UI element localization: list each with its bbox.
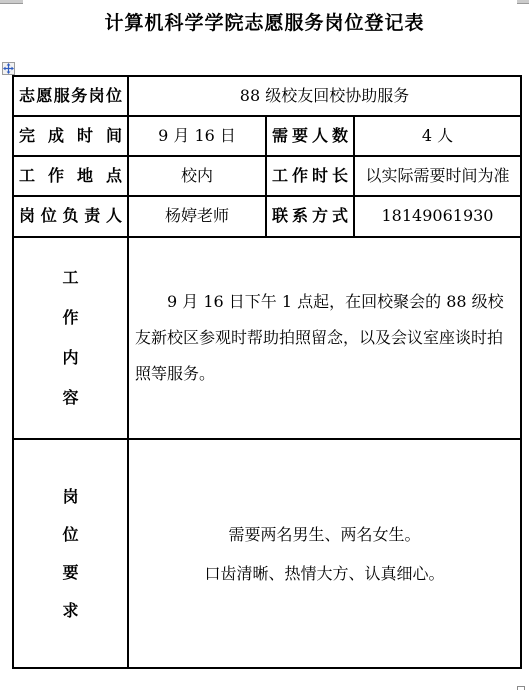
window-fragment-top-left (0, 0, 23, 4)
cell-position-requirements-value[interactable]: 需要两名男生、两名女生。 口齿清晰、热情大方、认真细心。 (128, 439, 521, 668)
cell-contact-label[interactable]: 联系方式 (266, 196, 354, 237)
table-row: 岗位负责人 杨婷老师 联系方式 18149061930 (13, 196, 521, 237)
position-requirements-label-text: 岗位要求 (62, 478, 79, 630)
cell-work-content-label[interactable]: 工作内容 (13, 237, 128, 439)
cell-needed-people-label[interactable]: 需要人数 (266, 116, 354, 156)
window-fragment-top-right (517, 0, 529, 4)
page-title[interactable]: 计算机科学学院志愿服务岗位登记表 (0, 8, 529, 35)
four-way-arrow-icon (3, 63, 14, 74)
cell-position-manager-label[interactable]: 岗位负责人 (13, 196, 128, 237)
cell-work-duration-label[interactable]: 工作时长 (266, 156, 354, 196)
cell-volunteer-position-value[interactable]: 88 级校友回校协助服务 (128, 76, 521, 116)
requirement-line-1: 需要两名男生、两名女生。 (134, 515, 515, 554)
table-row: 志愿服务岗位 88 级校友回校协助服务 (13, 76, 521, 116)
work-content-label-text: 工作内容 (62, 258, 79, 418)
table-row: 工作地点 校内 工作时长 以实际需要时间为准 (13, 156, 521, 196)
cell-volunteer-position-label[interactable]: 志愿服务岗位 (13, 76, 128, 116)
cell-work-content-value[interactable]: 9 月 16 日下午 1 点起，在回校聚会的 88 级校友新校区参观时帮助拍照留… (128, 237, 521, 439)
work-content-paragraph: 9 月 16 日下午 1 点起，在回校聚会的 88 级校友新校区参观时帮助拍照留… (134, 284, 515, 392)
table-row: 岗位要求 需要两名男生、两名女生。 口齿清晰、热情大方、认真细心。 (13, 439, 521, 668)
cell-position-manager-value[interactable]: 杨婷老师 (128, 196, 266, 237)
table-row: 完成时间 9 月 16 日 需要人数 4 人 (13, 116, 521, 156)
registration-table: 志愿服务岗位 88 级校友回校协助服务 完成时间 9 月 16 日 需要人数 4… (12, 75, 522, 669)
cell-work-duration-value[interactable]: 以实际需要时间为准 (354, 156, 521, 196)
cell-needed-people-value[interactable]: 4 人 (354, 116, 521, 156)
table-row: 工作内容 9 月 16 日下午 1 点起，在回校聚会的 88 级校友新校区参观时… (13, 237, 521, 439)
cell-work-location-label[interactable]: 工作地点 (13, 156, 128, 196)
cell-completion-time-value[interactable]: 9 月 16 日 (128, 116, 266, 156)
table-resize-handle[interactable] (517, 686, 525, 690)
table-move-handle[interactable] (2, 62, 15, 75)
requirement-line-2: 口齿清晰、热情大方、认真细心。 (134, 554, 515, 593)
cell-position-requirements-label[interactable]: 岗位要求 (13, 439, 128, 668)
cell-work-location-value[interactable]: 校内 (128, 156, 266, 196)
cell-contact-value[interactable]: 18149061930 (354, 196, 521, 237)
cell-completion-time-label[interactable]: 完成时间 (13, 116, 128, 156)
